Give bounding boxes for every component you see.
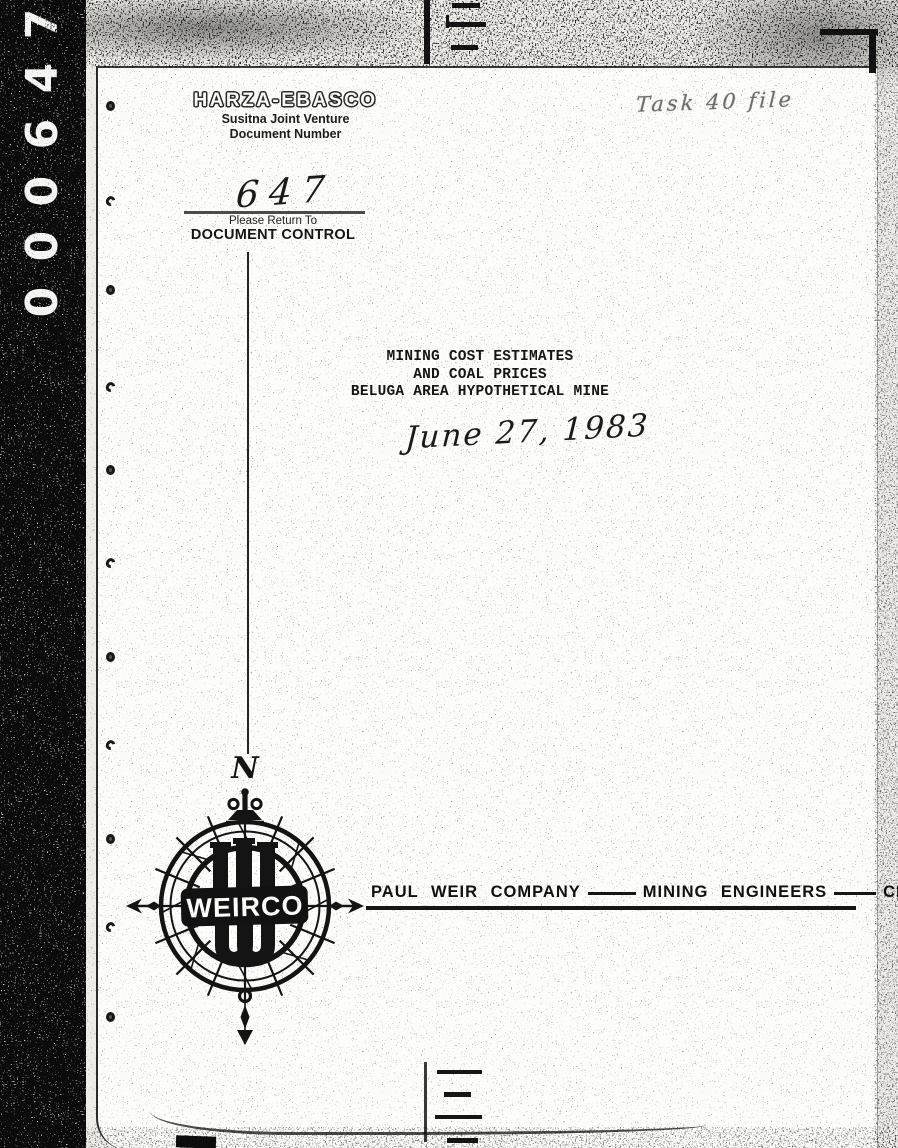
film-strip-digit: 0 xyxy=(17,259,69,345)
footer-divider xyxy=(834,892,876,895)
scanned-document-page: 7 4 6 0 0 0 HARZA-EBASCO Susitna Joint V… xyxy=(0,0,898,1148)
ruler-line-top xyxy=(424,0,430,64)
document-title: MINING COST ESTIMATES AND COAL PRICES BE… xyxy=(315,349,645,402)
return-to-label: Please Return To xyxy=(193,215,353,227)
film-strip: 7 4 6 0 0 0 xyxy=(0,0,86,1148)
footer-profession: MINING ENGINEERS xyxy=(643,883,827,902)
punch-hole xyxy=(106,834,115,844)
corner-mark xyxy=(869,29,876,73)
compass-south-ornament xyxy=(237,990,253,1045)
footer-divider xyxy=(588,892,636,895)
ruler-tick xyxy=(451,45,478,50)
weirco-banner-text: WEIRCO xyxy=(186,890,304,923)
footer-rule xyxy=(366,906,856,910)
footer-letterhead: PAUL WEIR COMPANY MINING ENGINEERS CHICA… xyxy=(371,883,898,902)
weirco-banner: WEIRCO xyxy=(181,885,309,926)
north-label: N xyxy=(230,751,260,786)
ruler-tick xyxy=(437,1070,482,1074)
plumb-line xyxy=(247,252,249,754)
punch-hole xyxy=(106,285,115,295)
title-line-2: AND COAL PRICES xyxy=(315,367,645,385)
stamp-company-name: HARZA-EBASCO xyxy=(168,90,403,112)
footer-city: CHICAGO xyxy=(883,883,898,902)
handwritten-document-number: 647 xyxy=(235,168,336,216)
punch-hole xyxy=(106,465,115,475)
stamp-subtitle: Susitna Joint Venture xyxy=(168,112,403,127)
ruler-tick xyxy=(452,3,480,8)
ruler-tick xyxy=(447,1138,478,1143)
ruler-tick xyxy=(446,22,486,27)
ruler-tick xyxy=(444,1092,471,1097)
stamp-subtitle: Document Number xyxy=(168,127,403,142)
scan-wrinkle xyxy=(150,1104,706,1135)
compass-west-arrow xyxy=(126,899,161,914)
title-line-3: BELUGA AREA HYPOTHETICAL MINE xyxy=(315,384,645,402)
weirco-compass-logo: N xyxy=(125,748,365,1058)
scan-smudge xyxy=(86,0,426,62)
scan-blot xyxy=(176,1135,216,1148)
punch-hole xyxy=(106,1012,115,1022)
footer-company: PAUL WEIR COMPANY xyxy=(371,883,581,902)
document-number-underline xyxy=(184,211,365,214)
document-control-label: DOCUMENT CONTROL xyxy=(185,227,361,243)
title-line-1: MINING COST ESTIMATES xyxy=(315,349,645,367)
punch-hole xyxy=(106,101,115,111)
document-stamp: HARZA-EBASCO Susitna Joint Venture Docum… xyxy=(168,90,403,142)
punch-hole xyxy=(106,652,115,662)
compass-east-arrow xyxy=(329,899,364,914)
